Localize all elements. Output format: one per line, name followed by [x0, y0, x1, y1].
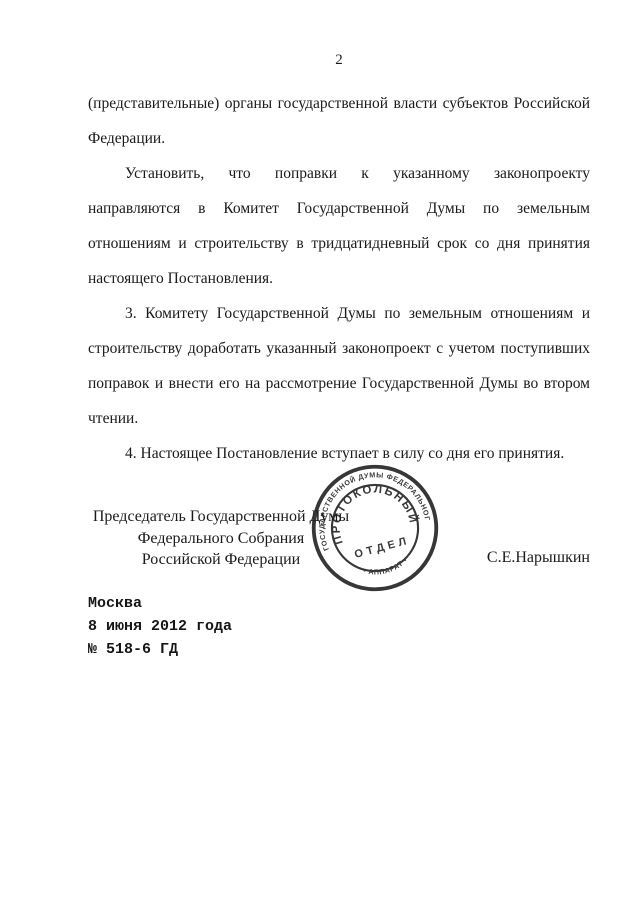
date-line: 8 июня 2012 года: [88, 615, 232, 638]
body-line: (представительные) органы государственно…: [88, 86, 590, 121]
document-body: (представительные) органы государственно…: [88, 86, 590, 471]
body-line: Установить, что поправки к указанному за…: [88, 156, 590, 191]
doc-number-line: № 518-6 ГД: [88, 638, 232, 661]
body-line: 3. Комитету Государственной Думы по земе…: [88, 296, 590, 331]
body-line: чтении.: [88, 401, 590, 436]
svg-text:• АППАРАТ •: • АППАРАТ •: [360, 555, 411, 581]
body-line: 4. Настоящее Постановление вступает в си…: [88, 436, 590, 471]
signatory-name: С.Е.Нарышкин: [487, 549, 590, 567]
stamp-center-text: ОТДЕЛ: [353, 535, 411, 561]
body-line: Федерации.: [88, 121, 590, 156]
body-line: настоящего Постановления.: [88, 261, 590, 296]
stamp-ring-bottom-text: • АППАРАТ •: [360, 555, 411, 581]
body-line: отношениям и строительству в тридцатидне…: [88, 226, 590, 261]
page-number: 2: [88, 52, 590, 69]
body-line: поправок и внести его на рассмотрение Го…: [88, 366, 590, 401]
document-page: 2 (представительные) органы государствен…: [0, 0, 640, 905]
city-line: Москва: [88, 592, 232, 615]
body-line: направляются в Комитет Государственной Д…: [88, 191, 590, 226]
body-line: строительству доработать указанный закон…: [88, 331, 590, 366]
document-footer: Москва 8 июня 2012 года № 518-6 ГД: [88, 592, 232, 661]
